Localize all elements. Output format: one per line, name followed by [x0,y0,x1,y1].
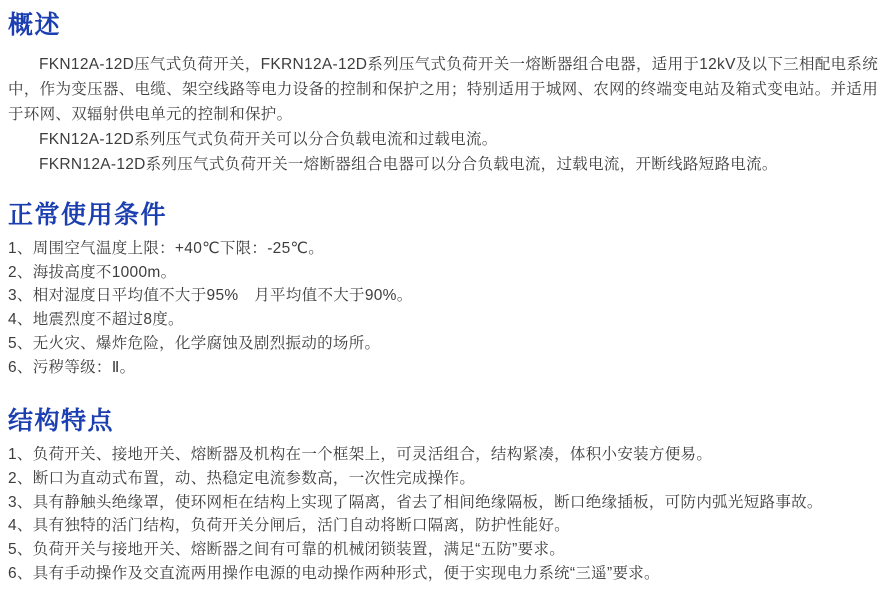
feature-item-6: 6、具有手动操作及交直流两用操作电源的电动操作两种形式，便于实现电力系统“三遥”… [8,562,878,586]
section-overview: 概述 FKN12A-12D压气式负荷开关，FKRN12A-12D系列压气式负荷开… [8,12,878,177]
condition-item-2: 2、海拔高度不1000m。 [8,261,878,285]
section-structural-features: 结构特点 1、负荷开关、接地开关、熔断器及机构在一个框架上，可灵活组合，结构紧凑… [8,408,878,585]
conditions-list: 1、周围空气温度上限：+40℃下限：-25℃。 2、海拔高度不1000m。 3、… [8,237,878,379]
feature-item-4: 4、具有独特的活门结构，负荷开关分闸后，活门自动将断口隔离，防护性能好。 [8,514,878,538]
condition-item-1: 1、周围空气温度上限：+40℃下限：-25℃。 [8,237,878,261]
condition-item-5: 5、无火灾、爆炸危险，化学腐蚀及剧烈振动的场所。 [8,332,878,356]
condition-item-6: 6、污秽等级：Ⅱ。 [8,356,878,380]
features-title: 结构特点 [8,408,878,434]
overview-paragraph-1: FKN12A-12D压气式负荷开关，FKRN12A-12D系列压气式负荷开关一熔… [8,52,878,127]
feature-item-1: 1、负荷开关、接地开关、熔断器及机构在一个框架上，可灵活组合，结构紧凑，体积小安… [8,443,878,467]
overview-title: 概述 [8,12,878,38]
document-page: 概述 FKN12A-12D压气式负荷开关，FKRN12A-12D系列压气式负荷开… [0,0,888,597]
conditions-title: 正常使用条件 [8,202,878,228]
section-normal-use-conditions: 正常使用条件 1、周围空气温度上限：+40℃下限：-25℃。 2、海拔高度不10… [8,202,878,379]
feature-item-3: 3、具有静触头绝缘罩，使环网柜在结构上实现了隔离，省去了相间绝缘隔板，断口绝缘插… [8,491,878,515]
overview-paragraph-2: FKN12A-12D系列压气式负荷开关可以分合负载电流和过载电流。 [8,127,878,152]
overview-paragraph-3: FKRN12A-12D系列压气式负荷开关一熔断器组合电器可以分合负载电流，过载电… [8,152,878,177]
feature-item-2: 2、断口为直动式布置，动、热稳定电流参数高，一次性完成操作。 [8,467,878,491]
feature-item-5: 5、负荷开关与接地开关、熔断器之间有可靠的机械闭锁装置，满足“五防”要求。 [8,538,878,562]
features-list: 1、负荷开关、接地开关、熔断器及机构在一个框架上，可灵活组合，结构紧凑，体积小安… [8,443,878,585]
condition-item-3: 3、相对湿度日平均值不大于95% 月平均值不大于90%。 [8,284,878,308]
condition-item-4: 4、地震烈度不超过8度。 [8,308,878,332]
